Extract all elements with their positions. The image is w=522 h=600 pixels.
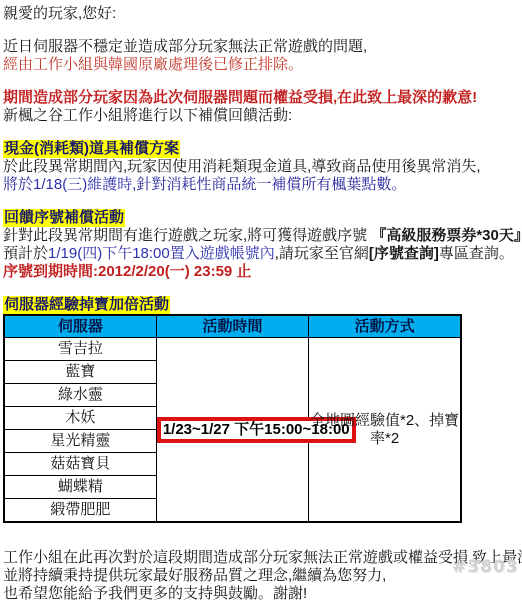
closing-paragraph: 工作小組在此再次對於這段期間造成部分玩家無法正常遊戲或權益受損,致上最深的歉意!… [3, 549, 516, 600]
cash-section-title: 現金(消耗類)道具補償方案 [3, 140, 180, 158]
serial-deadline: 序號到期時間:2012/2/20(一) 23:59 止 [3, 263, 516, 281]
serial-section-title: 回饋序號補償活動 [3, 209, 125, 227]
greeting: 親愛的玩家,您好: [3, 5, 516, 23]
header-event-time: 活動時間 [156, 315, 308, 338]
cash-section-line-1: 於此段異常期間內,玩家因使用消耗類現金道具,導致商品使用後異常消失, [3, 158, 516, 176]
header-server: 伺服器 [4, 315, 156, 338]
intro-line-2: 經由工作小組與韓國原廠處理後已修正排除。 [3, 56, 516, 74]
serial-section-line-1: 針對此段異常期間有進行遊戲之玩家,將可獲得遊戲序號 『高級服務票券*30天』乙組… [3, 227, 516, 245]
cash-line2-prefix: 將於 [3, 176, 33, 193]
server-name-cell: 菇菇寶貝 [4, 453, 156, 476]
event-section-title: 伺服器經驗掉寶加倍活動 [3, 296, 170, 314]
server-name-cell: 綠水靈 [4, 384, 156, 407]
serial-compensation-section: 回饋序號補償活動 針對此段異常期間有進行遊戲之玩家,將可獲得遊戲序號 『高級服務… [3, 209, 516, 281]
apology-paragraph: 期間造成部分玩家因為此次伺服器問題而權益受損,在此致上最深的歉意! 新楓之谷工作… [3, 89, 516, 125]
intro-line-1: 近日伺服器不穩定並造成部分玩家無法正常遊戲的問題, [3, 38, 516, 56]
cash-line2-rest: ,針對消耗性商品統一補償所有楓葉點數。 [132, 176, 406, 193]
cash-line2-date: 1/18(三)維護時 [33, 176, 132, 193]
server-row: 雪吉拉 1/23~1/27 下午15:00~18:00 全地圖經驗值*2、掉寶率… [4, 338, 461, 361]
serial-line2-pre: 預計於 [3, 245, 48, 262]
serial-line2-mid: ,請玩家至官網 [275, 245, 369, 262]
serial-section-title-row: 回饋序號補償活動 [3, 209, 516, 227]
cash-compensation-section: 現金(消耗類)道具補償方案 於此段異常期間內,玩家因使用消耗類現金道具,導致商品… [3, 140, 516, 194]
server-name-cell: 木妖 [4, 407, 156, 430]
watermark-number: #3803 [452, 558, 519, 576]
server-name-cell: 蝴蝶精 [4, 476, 156, 499]
server-name-cell: 雪吉拉 [4, 338, 156, 361]
cash-section-line-2: 將於1/18(三)維護時,針對消耗性商品統一補償所有楓葉點數。 [3, 176, 516, 194]
event-table: 伺服器 活動時間 活動方式 雪吉拉 1/23~1/27 下午15:00~18:0… [3, 314, 462, 523]
intro-paragraph: 近日伺服器不穩定並造成部分玩家無法正常遊戲的問題, 經由工作小組與韓國原廠處理後… [3, 38, 516, 74]
cash-section-title-row: 現金(消耗類)道具補償方案 [3, 140, 516, 158]
event-time-cell: 1/23~1/27 下午15:00~18:00 [156, 338, 308, 523]
event-section: 伺服器經驗掉寶加倍活動 伺服器 活動時間 活動方式 雪吉拉 1/23~1/27 … [3, 296, 516, 523]
server-name-cell: 藍寶 [4, 361, 156, 384]
closing-line-1: 工作小組在此再次對於這段期間造成部分玩家無法正常遊戲或權益受損,致上最深的歉意! [3, 549, 516, 567]
server-name-cell: 星光精靈 [4, 430, 156, 453]
serial-line1-pre: 針對此段異常期間有進行遊戲之玩家,將可獲得遊戲序號 [3, 227, 371, 244]
serial-line2-date: 1/19(四)下午18:00置入遊戲帳號內 [48, 245, 275, 262]
apology-followup-line: 新楓之谷工作小組將進行以下補償回饋活動: [3, 107, 516, 125]
closing-line-3: 也希望您能給予我們更多的支持與鼓勵。謝謝! [3, 585, 516, 600]
server-name-cell: 緞帶肥肥 [4, 499, 156, 523]
event-section-title-row: 伺服器經驗掉寶加倍活動 [3, 296, 516, 314]
greeting-text: 親愛的玩家,您好: [3, 5, 116, 22]
closing-line-2: 並將持續秉持提供玩家最好服務品質之理念,繼續為您努力, [3, 567, 516, 585]
serial-line2-post: 專區查詢。 [439, 245, 514, 262]
serial-query-link-text: [序號查詢] [369, 245, 439, 262]
serial-section-line-2: 預計於1/19(四)下午18:00置入遊戲帳號內,請玩家至官網[序號查詢]專區查… [3, 245, 516, 263]
event-table-header-row: 伺服器 活動時間 活動方式 [4, 315, 461, 338]
header-event-method: 活動方式 [309, 315, 461, 338]
apology-line: 期間造成部分玩家因為此次伺服器問題而權益受損,在此致上最深的歉意! [3, 89, 516, 107]
serial-ticket-name: 『高級服務票券*30天』 [371, 227, 522, 244]
